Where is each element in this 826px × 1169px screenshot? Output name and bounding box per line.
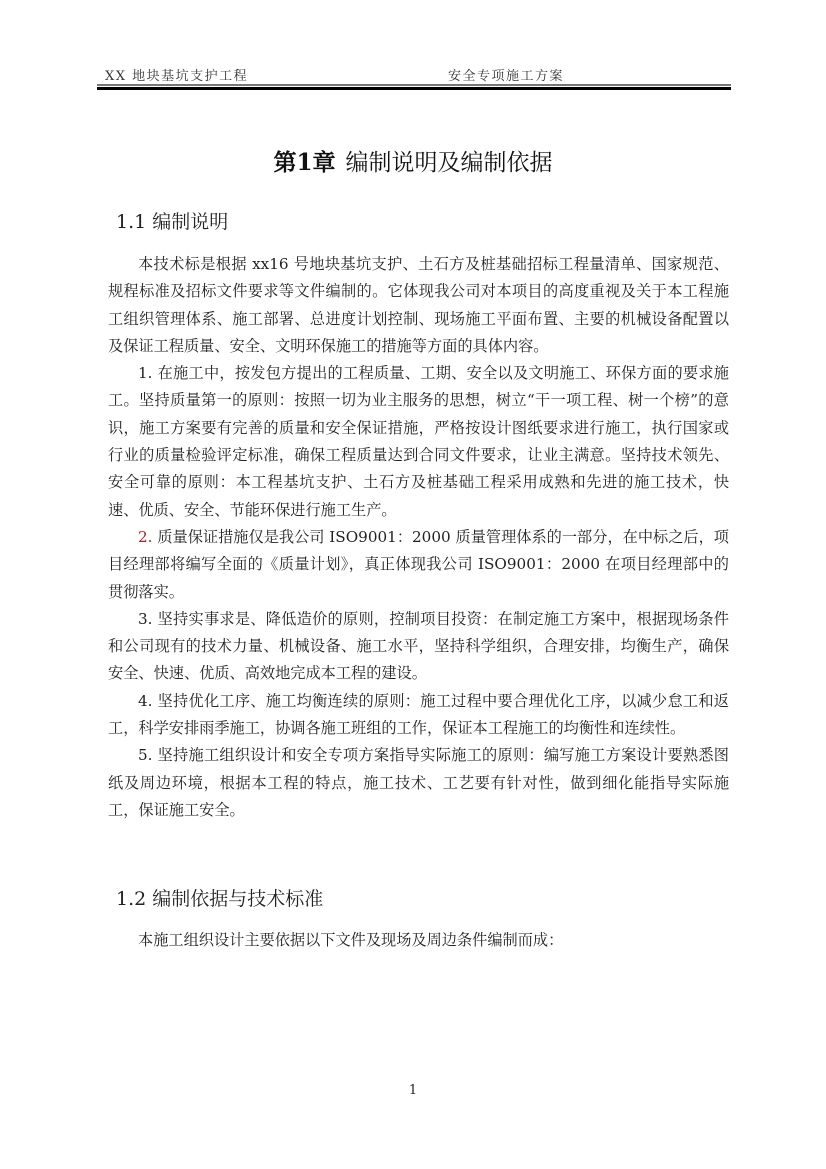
- section-1-1-body: 本技术标是根据 xx16 号地块基坑支护、土石方及桩基础招标工程量清单、国家规范…: [108, 251, 729, 824]
- paragraph-intro: 本技术标是根据 xx16 号地块基坑支护、土石方及桩基础招标工程量清单、国家规范…: [108, 251, 729, 360]
- chapter-title: 第1章编制说明及编制依据: [0, 144, 826, 177]
- item-number-highlighted: 2.: [138, 528, 153, 546]
- paragraph-text: 在施工中，按发包方提出的工程质量、工期、安全以及文明施工、环保方面的要求施工。坚…: [108, 364, 729, 518]
- chapter-number: 第1章: [273, 149, 335, 176]
- section-heading-1-2: 1.2 编制依据与技术标准: [116, 884, 323, 911]
- page-header: XX 地块基坑支护工程 安全专项施工方案: [97, 62, 731, 84]
- paragraph-item-2: 2. 质量保证措施仅是我公司 ISO9001：2000 质量管理体系的一部分，在…: [108, 524, 729, 606]
- document-page: XX 地块基坑支护工程 安全专项施工方案 第1章编制说明及编制依据 1.1 编制…: [0, 0, 826, 1169]
- header-project-name: XX 地块基坑支护工程: [105, 65, 248, 84]
- chapter-name: 编制说明及编制依据: [346, 150, 553, 176]
- header-divider-thick: [97, 87, 731, 90]
- paragraph-item-5: 5. 坚持施工组织设计和安全专项方案指导实际施工的原则：编写施工方案设计要熟悉图…: [108, 742, 729, 824]
- header-document-title: 安全专项施工方案: [448, 65, 564, 84]
- paragraph-text: 坚持实事求是、降低造价的原则，控制项目投资：在制定施工方案中，根据现场条件和公司…: [108, 610, 729, 683]
- item-number: 5.: [138, 746, 153, 764]
- page-number: 1: [0, 1083, 826, 1098]
- item-number: 1.: [138, 364, 153, 382]
- paragraph-item-1: 1. 在施工中，按发包方提出的工程质量、工期、安全以及文明施工、环保方面的要求施…: [108, 360, 729, 524]
- item-number: 4.: [138, 692, 153, 710]
- paragraph-item-3: 3. 坚持实事求是、降低造价的原则，控制项目投资：在制定施工方案中，根据现场条件…: [108, 606, 729, 688]
- header-divider-thin: [97, 84, 731, 86]
- paragraph-text: 质量保证措施仅是我公司 ISO9001：2000 质量管理体系的一部分，在中标之…: [108, 528, 729, 601]
- item-number: 3.: [138, 610, 153, 628]
- section-1-2-body: 本施工组织设计主要依据以下文件及现场及周边条件编制而成：: [108, 927, 729, 954]
- paragraph-text: 本施工组织设计主要依据以下文件及现场及周边条件编制而成：: [138, 931, 563, 949]
- paragraph-text: 本技术标是根据 xx16 号地块基坑支护、土石方及桩基础招标工程量清单、国家规范…: [108, 255, 729, 355]
- paragraph-text: 坚持优化工序、施工均衡连续的原则：施工过程中要合理优化工序，以减少怠工和返工，科…: [108, 692, 729, 737]
- paragraph-intro: 本施工组织设计主要依据以下文件及现场及周边条件编制而成：: [108, 927, 729, 954]
- section-heading-1-1: 1.1 编制说明: [116, 207, 228, 234]
- paragraph-item-4: 4. 坚持优化工序、施工均衡连续的原则：施工过程中要合理优化工序，以减少怠工和返…: [108, 688, 729, 743]
- paragraph-text: 坚持施工组织设计和安全专项方案指导实际施工的原则：编写施工方案设计要熟悉图纸及周…: [108, 746, 729, 819]
